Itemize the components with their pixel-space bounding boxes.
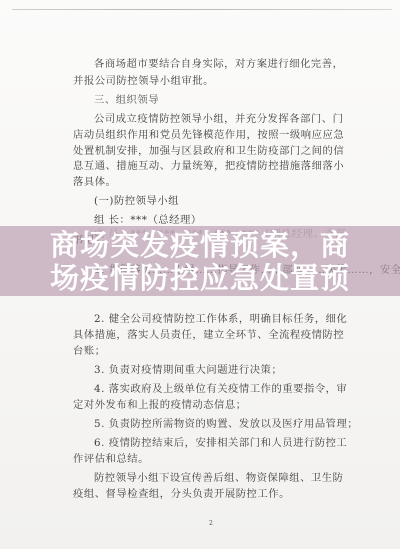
paragraph-line: 台账； [73, 342, 106, 360]
paragraph-line: 并报公司防控领导小组审批。 [73, 72, 214, 90]
paragraph-line: 定对外发布和上报的疫情动态信息； [73, 396, 247, 414]
paragraph-line: 作评估和总结。 [73, 450, 149, 468]
paragraph-line: 疫组、督导检查组，分头负责开展防控工作。 [73, 485, 290, 503]
title-banner-overlay: 书记） 1. 贯彻落实……上级……指导工作……部署……决策……，安全 商场突发疫… [0, 226, 400, 296]
banner-title-line-2: 场疫情防控应急处置预 [0, 262, 400, 294]
paragraph-line: 各商场超市要结合自身实际，对方案进行细化完善， [73, 55, 343, 73]
paragraph-line: 落具体。 [73, 173, 116, 191]
subsection-heading: (一)防控领导小组 [73, 192, 179, 210]
paragraph-line: 5. 负责防控所需物资的购置、发放以及医疗用品管理； [73, 415, 358, 433]
paragraph-line: 3. 负责对疫情期间重大问题进行决策； [73, 361, 282, 379]
paragraph-line: 具体措施，落实人员责任，建立全环节、全流程疫情防控 [73, 326, 344, 344]
section-heading: 三、组织领导 [73, 91, 159, 109]
page-number: 2 [209, 520, 213, 527]
scan-edge-line [12, 9, 392, 10]
banner-title-line-1: 商场突发疫情预案，商 [0, 229, 400, 261]
